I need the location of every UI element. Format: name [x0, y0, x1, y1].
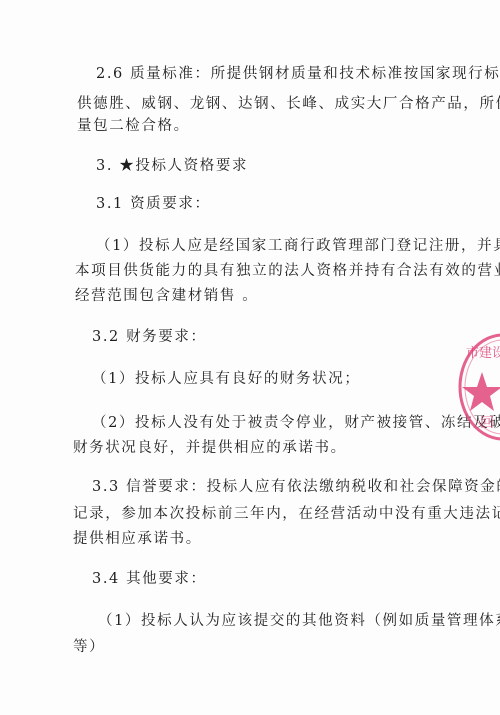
section-3-heading: 3. ★投标人资格要求	[96, 157, 248, 175]
section-3-1-item-1-line-1: （1）投标人应是经国家工商行政管理部门登记注册，并具有完成	[96, 237, 500, 255]
section-3-1-item-1-line-2: 本项目供货能力的具有独立的法人资格并持有合法有效的营业执照；	[75, 262, 500, 280]
section-3-2-heading: 3.2 财务要求：	[92, 328, 207, 346]
document-page: 2.6 质量标准：所提供钢材质量和技术标准按国家现行标准，提 供德胜、威钢、龙钢…	[0, 0, 500, 715]
section-3-2-item-2-line-2: 财务状况良好，并提供相应的承诺书。	[73, 439, 347, 457]
quality-standard-line-2: 供德胜、威钢、龙钢、达钢、长峰、成实大厂合格产品，所供钢材质	[77, 95, 500, 113]
section-3-3-line-3: 提供相应承诺书。	[73, 530, 202, 548]
section-3-3-line-2: 记录，参加本次投标前三年内，在经营活动中没有重大违法记录，并	[73, 505, 500, 523]
section-3-2-item-2-line-1: （2）投标人没有处于被责令停业，财产被接管、冻结及破产状态，	[92, 414, 500, 432]
quality-standard-line-3: 量包二检合格。	[77, 117, 190, 135]
section-3-1-item-1-line-3: 经营范围包含建材销售 。	[75, 287, 258, 305]
section-3-2-item-1: （1）投标人应具有良好的财务状况；	[92, 370, 360, 388]
quality-standard-line-1: 2.6 质量标准：所提供钢材质量和技术标准按国家现行标准，提	[96, 65, 500, 83]
section-3-1-heading: 3.1 资质要求：	[96, 195, 211, 213]
section-3-4-heading: 3.4 其他要求：	[92, 570, 207, 588]
section-3-4-item-1-line-1: （1）投标人认为应该提交的其他资料（例如质量管理体系证书	[98, 612, 500, 630]
seal-text-bottom: 回	[480, 412, 494, 432]
seal-text-top: 市建设	[466, 342, 500, 361]
official-seal-stamp: 市建设 回	[458, 332, 500, 442]
section-3-4-item-1-line-2: 等）	[73, 638, 105, 656]
section-3-3-line-1: 3.3 信誉要求：投标人应有依法缴纳税收和社会保障资金的良好	[92, 478, 500, 496]
